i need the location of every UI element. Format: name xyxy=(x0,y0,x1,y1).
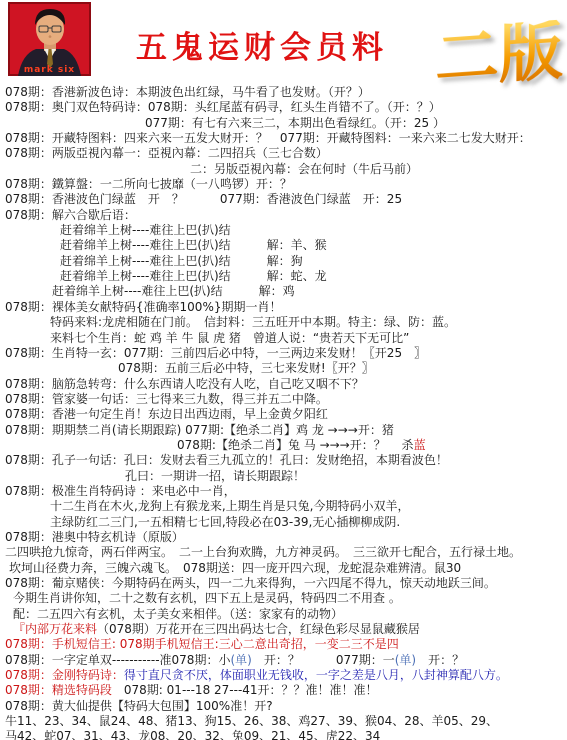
text-line: 078期：五前三后必中特，三七来发财!〖开？〗 xyxy=(5,361,567,376)
text-line: 078期：生肖特一玄：077期：三前四后必中特，一三两边来发财！〖开25 〗 xyxy=(5,346,567,361)
text-segment: 马42、蛇07、31、43、龙08、20、32、兔09、21、45、虎22、34 xyxy=(5,729,380,740)
text-segment: 078期：手机短信王: 078期手机短信王:三心二意出奇招，一变二三不是四 xyxy=(5,637,399,651)
text-segment: 078期：生肖特一玄：077期：三前四后必中特，一三两边来发财！〖开25 〗 xyxy=(5,346,426,360)
text-line: 特码来料:龙虎相随在门前。 信封料：三五旺开中本期。特主：绿、防：蓝。 xyxy=(5,315,567,330)
text-segment: （078期）万花开在三四出码达七合，红绿色彩尽显鼠藏猴居 xyxy=(97,622,420,636)
text-line: 078期：鐵算盤：一二所向七披靡（一八鸣锣）开：？ xyxy=(5,177,567,192)
text-segment: 赶着绵羊上树----难往上巴(扒)结 解：羊、猴 xyxy=(60,238,327,252)
text-line: 孔曰：一期讲一招，请长期跟踪！ xyxy=(5,469,567,484)
text-line: 078期：金刚特码诗：得寸直尺贪不厌，体面职业无钱收，一字之差是八月，八封神算配… xyxy=(5,668,567,683)
text-segment: 078期：精选特码段 xyxy=(5,683,112,697)
text-line: 077期：有七有六来三二，本期出色看绿红。（开：25 ） xyxy=(5,116,567,131)
text-line: 坎坷山径费力奔，三魄六魂飞。 078期送：四一庞开四六现，龙蛇混杂难辨清。鼠30 xyxy=(5,561,567,576)
text-segment: 078期：管家婆一句话：三七得来三九数，得三并五二中降。 xyxy=(5,392,328,406)
text-line: 赶着绵羊上树----难往上巴(扒)结 解：蛇、龙 xyxy=(5,269,567,284)
text-segment: 来料七个生肖：蛇 鸡 羊 牛 鼠 虎 猪 曾道人说：“贵若天下无可比” xyxy=(50,331,409,345)
page-title: 五鬼运财会员料 xyxy=(112,22,412,67)
text-line: 今期生肖讲你知，二十之数有玄机，四下五上是灵码，特码四二不用查 。 xyxy=(5,591,567,606)
text-line: 078期：管家婆一句话：三七得来三九数，得三并五二中降。 xyxy=(5,392,567,407)
text-segment: 078期：奥门双色特码诗：078期：头红尾蓝有码寻，红头生肖错不了。（开：？） xyxy=(5,100,441,114)
text-line: 078期：裸体美女献特码{准确率100%}期期一肖！ xyxy=(5,300,567,315)
text-segment: 078期：两版亞視內幕一：亞視內幕：二四招兵（三七合数） xyxy=(5,146,328,160)
text-segment: 078期：五前三后必中特，三七来发财!〖开？〗 xyxy=(118,361,374,375)
text-line: 078期：精选特码段 078期: 01---18 27---41开：？？准！准！… xyxy=(5,683,567,698)
text-segment: (单) xyxy=(230,653,251,667)
portrait-photo-graphic: mark six xyxy=(8,2,91,76)
text-segment: 赶着绵羊上树----难往上巴(扒)结 解：狗 xyxy=(60,254,303,268)
text-line: 主绿防红二三门,一五相精七七回,特段必在03-39,无心插柳柳成阴. xyxy=(5,515,567,530)
text-segment: 078期：香港新波色诗：本期波色出红绿，马牛看了也发财。（开？） xyxy=(5,85,370,99)
text-segment: 077期：有七有六来三二，本期出色看绿红。（开：25 ） xyxy=(145,116,445,130)
text-line: 赶着绵羊上树----难往上巴(扒)结 解：羊、猴 xyxy=(5,238,567,253)
text-line: 078期：孔子一句话：孔曰：发财去看三九孤立的！孔曰：发财绝招，本期看波色！ xyxy=(5,453,567,468)
text-segment: 赶着绵羊上树----难往上巴(扒)结 xyxy=(60,223,231,237)
text-segment: 078期: 01---18 27---41开：？？准！准！准！ xyxy=(112,683,378,697)
text-segment: 078期：港奥中特玄机诗（原版） xyxy=(5,530,184,544)
text-segment: 078期：期期禁二肖(请长期跟踪) 077期:【绝杀二肖】鸡 龙 →→→开：猪 xyxy=(5,423,394,437)
text-line: 078期:【绝杀二肖】兔 马 →→→开：？ 杀蓝 xyxy=(5,438,567,453)
text-segment: 开：？ xyxy=(416,653,464,667)
text-line: 078期：港奥中特玄机诗（原版） xyxy=(5,530,567,545)
text-line: 078期：期期禁二肖(请长期跟踪) 077期:【绝杀二肖】鸡 龙 →→→开：猪 xyxy=(5,423,567,438)
text-segment: 078期：脑筋急转弯：什么东西请人吃没有人吃，自己吃又咽不下？ xyxy=(5,377,364,391)
text-line: 078期：脑筋急转弯：什么东西请人吃没有人吃，自己吃又咽不下？ xyxy=(5,377,567,392)
portrait-photo: mark six xyxy=(8,2,91,76)
text-segment: 配：二五四六有玄机，太子美女来相伴。（送：家家有的动物） xyxy=(13,607,343,621)
text-segment: 二四哄抢九惊奇，两石伴两宝。 二一上台狗欢腾，九方神灵码。 三三欲开七配合，五行… xyxy=(5,545,521,559)
text-line: 牛11、23、34、鼠24、48、猪13、狗15、26、38、鸡27、39、猴0… xyxy=(5,714,567,729)
text-segment: 蓝 xyxy=(414,438,426,452)
text-segment: 078期：开藏特图料：四来六来一五发大财开：？ 077期：开藏特图料：一来六来二… xyxy=(5,131,531,145)
text-segment: 078期:【绝杀二肖】兔 马 →→→开：？ 杀 xyxy=(177,438,414,452)
text-segment: 078期：裸体美女献特码{准确率100%}期期一肖！ xyxy=(5,300,281,314)
text-line: 078期：解六合歇后语： xyxy=(5,208,567,223)
text-segment: 『内部万花来料 xyxy=(13,622,97,636)
text-segment: 078期：极准生肖特码诗 ：来电必中一肖， xyxy=(5,484,236,498)
text-line: 马42、蛇07、31、43、龙08、20、32、兔09、21、45、虎22、34 xyxy=(5,729,567,740)
text-line: 十二生肖在木火,龙狗上有猴龙来,上期生肖是只兔,今期特码小双羊， xyxy=(5,499,567,514)
text-line: 来料七个生肖：蛇 鸡 羊 牛 鼠 虎 猪 曾道人说：“贵若天下无可比” xyxy=(5,331,567,346)
page-root: mark six 五鬼运财会员料 二版 078期：香港新波色诗：本期波色出红绿，… xyxy=(0,0,567,740)
text-line: 赶着绵羊上树----难往上巴(扒)结 解：狗 xyxy=(5,254,567,269)
text-segment: 078期：解六合歇后语： xyxy=(5,208,136,222)
text-segment: 078期：香港一句定生肖！东边日出西边雨，早上金黄夕阳红 xyxy=(5,407,328,421)
text-line: 078期：奥门双色特码诗：078期：头红尾蓝有码寻，红头生肖错不了。（开：？） xyxy=(5,100,567,115)
text-segment: 078期：金刚特码诗： xyxy=(5,668,124,682)
text-line: 078期：香港一句定生肖！东边日出西边雨，早上金黄夕阳红 xyxy=(5,407,567,422)
text-line: 078期：香港波色门绿蓝 开 ？ 077期：香港波色门绿蓝 开：25 xyxy=(5,192,567,207)
text-segment: 开：？ 077期：一 xyxy=(252,653,395,667)
text-segment: 孔曰：一期讲一招，请长期跟踪！ xyxy=(125,469,305,483)
text-segment: 坎坷山径费力奔，三魄六魂飞。 078期送：四一庞开四六现，龙蛇混杂难辨清。鼠30 xyxy=(9,561,461,575)
text-segment: 得寸直尺贪不厌，体面职业无钱收，一字之差是八月，八封神算配八方。 xyxy=(124,668,508,682)
text-line: 二四哄抢九惊奇，两石伴两宝。 二一上台狗欢腾，九方神灵码。 三三欲开七配合，五行… xyxy=(5,545,567,560)
text-line: 赶着绵羊上树----难往上巴(扒)结 xyxy=(5,223,567,238)
text-segment: 078期：孔子一句话：孔曰：发财去看三九孤立的！孔曰：发财绝招，本期看波色！ xyxy=(5,453,448,467)
text-line: 078期：一字定单双-----------准078期：小(单) 开：？ 077期… xyxy=(5,653,567,668)
text-line: 078期：开藏特图料：四来六来一五发大财开：？ 077期：开藏特图料：一来六来二… xyxy=(5,131,567,146)
text-line: 078期：葡京赌侠：今期特码在两头，四一二九来得狗，一六四尾不得九，惊天动地跃三… xyxy=(5,576,567,591)
text-segment: 078期：香港波色门绿蓝 开 ？ 077期：香港波色门绿蓝 开：25 xyxy=(5,192,402,206)
text-line: 二：另版亞視內幕：会在何时（牛后马前） xyxy=(5,162,567,177)
text-line: 078期：两版亞視內幕一：亞視內幕：二四招兵（三七合数） xyxy=(5,146,567,161)
text-segment: 牛11、23、34、鼠24、48、猪13、狗15、26、38、鸡27、39、猴0… xyxy=(5,714,498,728)
content-lines: 078期：香港新波色诗：本期波色出红绿，马牛看了也发财。（开？）078期：奥门双… xyxy=(5,85,567,740)
text-line: 078期：手机短信王: 078期手机短信王:三心二意出奇招，一变二三不是四 xyxy=(5,637,567,652)
photo-caption-text: mark six xyxy=(24,65,75,75)
text-segment: 十二生肖在木火,龙狗上有猴龙来,上期生肖是只兔,今期特码小双羊， xyxy=(50,499,409,513)
text-line: 『内部万花来料（078期）万花开在三四出码达七合，红绿色彩尽显鼠藏猴居 xyxy=(5,622,567,637)
text-segment: 赶着绵羊上树----难往上巴(扒)结 解：蛇、龙 xyxy=(60,269,327,283)
text-segment: 078期：黄大仙提供【特码大包围】100%准！开? xyxy=(5,699,273,713)
text-line: 赶着绵羊上树----难往上巴(扒)结 解：鸡 xyxy=(5,284,567,299)
text-segment: 特码来料:龙虎相随在门前。 信封料：三五旺开中本期。特主：绿、防：蓝。 xyxy=(50,315,456,329)
text-segment: 078期：葡京赌侠：今期特码在两头，四一二九来得狗，一六四尾不得九，惊天动地跃三… xyxy=(5,576,496,590)
text-segment: 赶着绵羊上树----难往上巴(扒)结 解：鸡 xyxy=(52,284,295,298)
text-segment: 二：另版亞視內幕：会在何时（牛后马前） xyxy=(190,162,418,176)
text-line: 078期：黄大仙提供【特码大包围】100%准！开? xyxy=(5,699,567,714)
text-segment: 078期：一字定单双-----------准078期：小 xyxy=(5,653,230,667)
text-line: 配：二五四六有玄机，太子美女来相伴。（送：家家有的动物） xyxy=(5,607,567,622)
edition-badge: 二版 xyxy=(435,19,563,92)
text-segment: 078期：鐵算盤：一二所向七披靡（一八鸣锣）开：？ xyxy=(5,177,292,191)
text-line: 078期：极准生肖特码诗 ：来电必中一肖， xyxy=(5,484,567,499)
text-segment: 主绿防红二三门,一五相精七七回,特段必在03-39,无心插柳柳成阴. xyxy=(50,515,400,529)
text-segment: 今期生肖讲你知，二十之数有玄机，四下五上是灵码，特码四二不用查 。 xyxy=(13,591,401,605)
text-segment: (单) xyxy=(395,653,416,667)
